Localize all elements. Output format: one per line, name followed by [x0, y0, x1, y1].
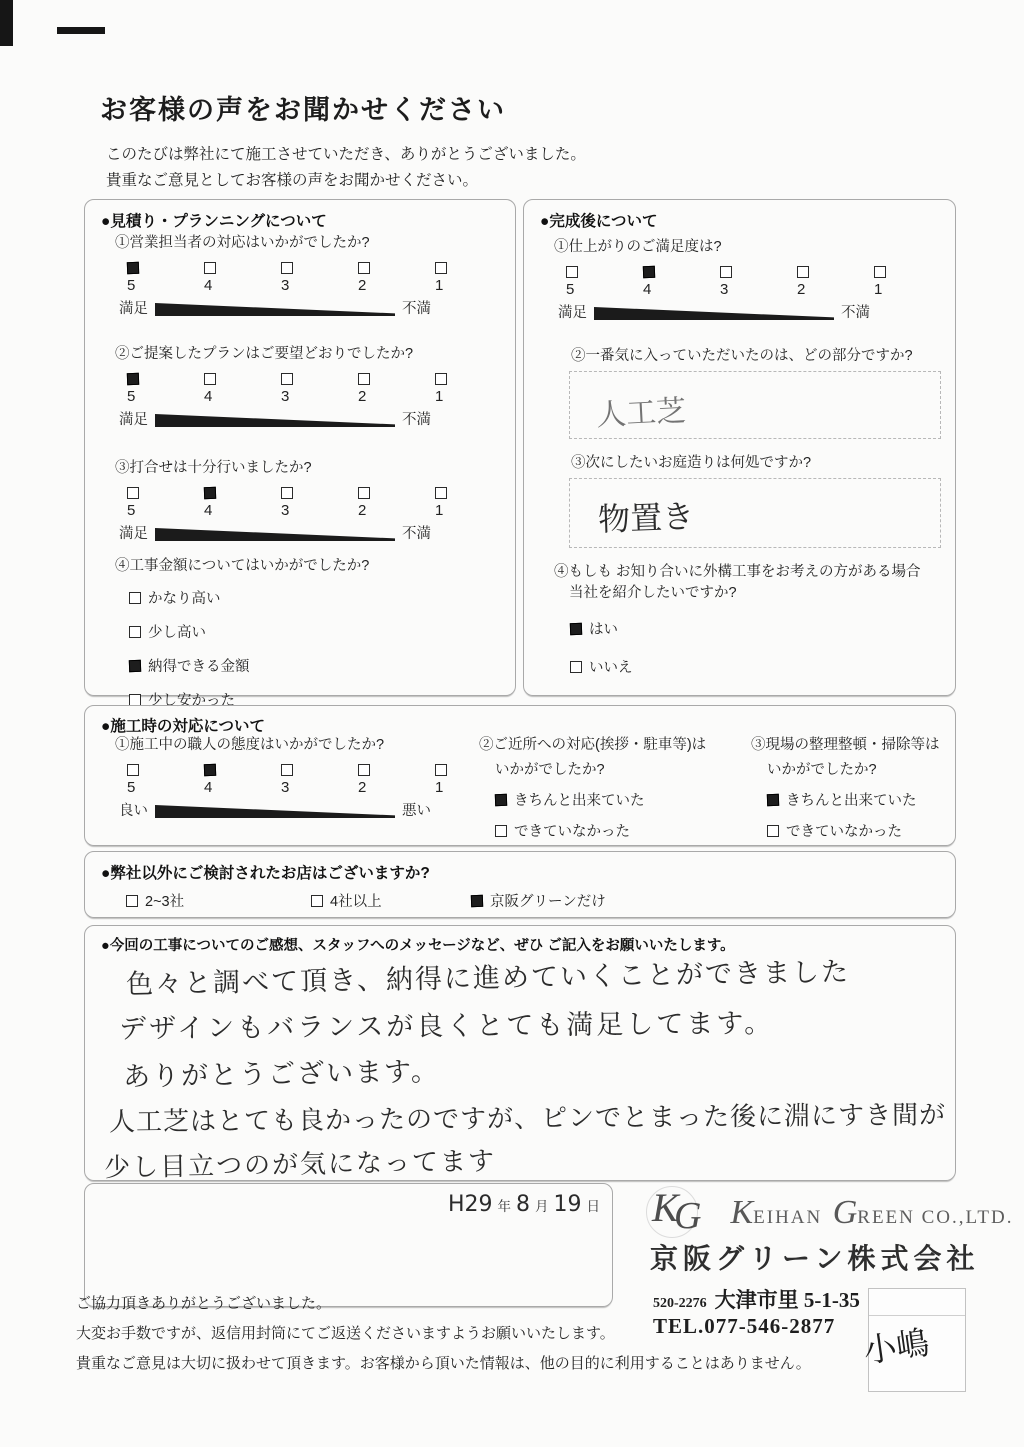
handwritten-comment-line: 人工芝はとても良かったのですが、ピンでとまった後に淵にすき間が — [109, 1094, 946, 1138]
checkbox-1[interactable] — [435, 487, 447, 499]
handwritten-answer: 物置き — [597, 491, 695, 540]
date-section: H29 年 8 月 19 日 — [84, 1183, 613, 1307]
scale-right-label: 悪い — [402, 799, 431, 820]
option-label: きちんと出来ていた — [786, 789, 917, 810]
checkbox[interactable] — [126, 895, 138, 907]
question-text: いかがでしたか? — [495, 760, 706, 781]
checkbox-3[interactable] — [281, 487, 293, 499]
scale-number: 5 — [127, 277, 135, 294]
scale-number: 1 — [435, 779, 443, 796]
checkbox-2[interactable] — [358, 487, 370, 499]
postal-code: 520-2276 — [653, 1296, 707, 1311]
checkbox-4[interactable] — [204, 373, 216, 385]
question-next-garden: ③次にしたいお庭造りは何処ですか? 物置き — [569, 453, 941, 548]
option-label: 2~3社 — [145, 890, 184, 911]
checkbox[interactable] — [129, 694, 141, 706]
logo-wordmark: KEIHAN GREEN CO.,LTD. — [730, 1194, 1013, 1232]
rating-sales-response: ①営業担当者の対応はいかがでしたか? 5 4 3 2 1 満足 不満 — [115, 233, 512, 318]
question-text: ①営業担当者の対応はいかがでしたか? — [115, 233, 512, 254]
option-kanari-takai[interactable]: かなり高い — [129, 587, 369, 608]
scale-number: 2 — [797, 281, 805, 298]
comments-header: ●今回の工事についてのご感想、スタッフへのメッセージなど、ぜひ ご記入をお願いい… — [101, 934, 735, 955]
checkbox-1[interactable] — [435, 373, 447, 385]
rating-cell-3: 3 — [281, 262, 358, 294]
checkbox-3[interactable] — [281, 262, 293, 274]
question-neighbors: ②ご近所への対応(挨拶・駐車等)は いかがでしたか? きちんと出来ていた できて… — [479, 735, 706, 841]
scale-number: 4 — [204, 277, 212, 294]
monogram-g: G — [674, 1194, 701, 1238]
checkbox-3[interactable] — [281, 764, 293, 776]
scale-number: 1 — [874, 281, 882, 298]
scale-number: 3 — [281, 779, 289, 796]
date-row: H29 年 8 月 19 日 — [448, 1192, 600, 1217]
scanned-survey-page: お客様の声をお聞かせください このたびは弊社にて施工させていただき、ありがとうご… — [0, 0, 1024, 1447]
footer-line1: ご協力頂きありがとうございました。 — [76, 1292, 331, 1313]
checkbox-5[interactable] — [127, 487, 139, 499]
checkbox-5[interactable] — [127, 373, 139, 385]
scale-left-label: 良い — [119, 799, 148, 820]
checkbox-2[interactable] — [358, 262, 370, 274]
scale-number: 4 — [204, 388, 212, 405]
rating-cell-4: 4 — [643, 266, 720, 298]
question-text: ④もしも お知り合いに外構工事をお考えの方がある場合 — [554, 562, 921, 583]
option-label: 京阪グリーンだけ — [490, 890, 606, 911]
year-label: 年 — [498, 1195, 512, 1215]
option-hai[interactable]: はい — [570, 618, 921, 639]
rating-cell-1: 1 — [435, 262, 512, 294]
rating-cell-2: 2 — [358, 487, 435, 519]
handwritten-day: 19 — [554, 1192, 582, 1217]
logo-initial-k: K — [730, 1194, 753, 1231]
rating-workers-attitude: ①施工中の職人の態度はいかがでしたか? 5 4 3 2 1 良い 悪い — [115, 735, 512, 820]
footer-line2: 大変お手数ですが、返信用封筒にてご返送くださいますようお願いいたします。 — [76, 1322, 615, 1343]
scale-number: 1 — [435, 388, 443, 405]
completion-header: ●完成後について — [540, 209, 658, 231]
scale-number: 3 — [281, 277, 289, 294]
rating-cell-3: 3 — [720, 266, 797, 298]
checkbox-2[interactable] — [797, 266, 809, 278]
scale-left-label: 満足 — [119, 522, 148, 543]
checkbox-4[interactable] — [204, 764, 216, 776]
scale-number: 4 — [204, 502, 212, 519]
checkbox[interactable] — [570, 622, 582, 634]
handwritten-stamp-name: 小嶋 — [860, 1317, 932, 1373]
question-text: 当社を紹介したいですか? — [569, 583, 921, 604]
satisfaction-wedge — [155, 805, 395, 818]
checkbox-1[interactable] — [435, 262, 447, 274]
option-dekitenakatta[interactable]: できていなかった — [767, 820, 940, 841]
comments-section: ●今回の工事についてのご感想、スタッフへのメッセージなど、ぜひ ご記入をお願いい… — [84, 925, 956, 1181]
checkbox[interactable] — [471, 894, 483, 906]
question-text: ②一番気に入っていただいたのは、どの部分ですか? — [571, 346, 941, 367]
checkbox-4[interactable] — [643, 266, 655, 278]
scale-number: 5 — [127, 388, 135, 405]
company-address: 520-2276 大津市里 5-1-35 — [653, 1284, 860, 1314]
company-logo: K G KEIHAN GREEN CO.,LTD. — [650, 1186, 1013, 1238]
handwritten-comment-line: 少し目立つのが気になってます — [104, 1141, 497, 1185]
checkbox-2[interactable] — [358, 373, 370, 385]
option-nattoku-kingaku[interactable]: 納得できる金額 — [129, 655, 369, 676]
stamp-box: 小嶋 — [868, 1288, 966, 1392]
scan-artifact — [0, 0, 13, 46]
scale-right-label: 不満 — [402, 522, 431, 543]
rating-cell-5: 5 — [127, 373, 204, 405]
question-favorite-part: ②一番気に入っていただいたのは、どの部分ですか? 人工芝 — [569, 346, 941, 439]
option-keihan-green-dake[interactable]: 京阪グリーンだけ — [471, 890, 606, 911]
company-tel: TEL.077-546-2877 — [653, 1314, 835, 1339]
option-label: きちんと出来ていた — [514, 789, 645, 810]
month-label: 月 — [535, 1195, 549, 1215]
option-label: 4社以上 — [330, 890, 382, 911]
question-price: ④工事金額についてはいかがでしたか? かなり高い 少し高い 納得できる金額 少し… — [115, 556, 369, 710]
satisfaction-wedge — [594, 307, 834, 320]
other-shops-header: ●弊社以外にご検討されたお店はございますか? — [101, 861, 430, 883]
handwritten-answer: 人工芝 — [595, 386, 687, 435]
day-label: 日 — [587, 1195, 601, 1215]
scale-left-label: 満足 — [119, 408, 148, 429]
checkbox[interactable] — [570, 661, 582, 673]
construction-section: ●施工時の対応について ①施工中の職人の態度はいかがでしたか? 5 4 3 2 … — [84, 705, 956, 846]
rating-plan-matched: ②ご提案したプランはご要望どおりでしたか? 5 4 3 2 1 満足 不満 — [115, 344, 512, 429]
checkbox-5[interactable] — [127, 262, 139, 274]
option-label: かなり高い — [148, 587, 221, 608]
option-2-3-sha[interactable]: 2~3社 — [126, 890, 184, 911]
scale-number: 3 — [281, 502, 289, 519]
rating-meetings-enough: ③打合せは十分行いましたか? 5 4 3 2 1 満足 不満 — [115, 458, 512, 543]
checkbox[interactable] — [129, 626, 141, 638]
logo-text: EIHAN — [753, 1207, 822, 1228]
rating-finish-satisfaction: ①仕上がりのご満足度は? 5 4 3 2 1 満足 不満 — [554, 237, 951, 322]
planning-header: ●見積り・プランニングについて — [101, 209, 327, 231]
question-site-cleanup: ③現場の整理整頓・掃除等は いかがでしたか? きちんと出来ていた できていなかっ… — [751, 735, 940, 841]
rating-cell-5: 5 — [127, 764, 204, 796]
checkbox-5[interactable] — [566, 266, 578, 278]
option-kichinto[interactable]: きちんと出来ていた — [495, 789, 706, 810]
question-text: ④工事金額についてはいかがでしたか? — [115, 556, 369, 577]
option-label: 少し高い — [148, 621, 206, 642]
rating-cell-2: 2 — [358, 262, 435, 294]
company-name: 京阪グリーン株式会社 — [650, 1237, 979, 1277]
rating-cell-3: 3 — [281, 764, 358, 796]
handwritten-comment-line: 色々と調べて頂き、納得に進めていくことができました — [126, 950, 850, 1002]
checkbox[interactable] — [767, 825, 779, 837]
scale-number: 1 — [435, 502, 443, 519]
option-4-sha-ijo[interactable]: 4社以上 — [311, 890, 382, 911]
checkbox-4[interactable] — [204, 487, 216, 499]
checkbox[interactable] — [495, 793, 507, 805]
question-text: ②ご近所への対応(挨拶・駐車等)は — [479, 735, 706, 756]
question-referral: ④もしも お知り合いに外構工事をお考えの方がある場合 当社を紹介したいですか? … — [554, 562, 921, 677]
scale-number: 4 — [643, 281, 651, 298]
option-label: できていなかった — [514, 820, 630, 841]
checkbox-3[interactable] — [281, 373, 293, 385]
option-dekitenakatta[interactable]: できていなかった — [495, 820, 706, 841]
rating-cell-1: 1 — [435, 373, 512, 405]
rating-cell-1: 1 — [874, 266, 951, 298]
satisfaction-wedge — [155, 528, 395, 541]
question-text: ①仕上がりのご満足度は? — [554, 237, 951, 258]
scale-right-label: 不満 — [402, 297, 431, 318]
question-text: ③次にしたいお庭造りは何処ですか? — [571, 453, 941, 474]
handwritten-comment-line: デザインもバランスが良くとても満足してます。 — [119, 1001, 774, 1046]
scale-left-label: 満足 — [558, 301, 587, 322]
checkbox-1[interactable] — [435, 764, 447, 776]
logo-text: REEN CO.,LTD. — [857, 1207, 1013, 1228]
option-kichinto[interactable]: きちんと出来ていた — [767, 789, 940, 810]
scale-right-label: 不満 — [841, 301, 870, 322]
logo-initial-g: G — [833, 1194, 858, 1231]
scale-number: 2 — [358, 388, 366, 405]
checkbox[interactable] — [767, 793, 779, 805]
rating-cell-4: 4 — [204, 487, 281, 519]
intro-text: このたびは弊社にて施工させていただき、ありがとうございました。 貴重なご意見とし… — [106, 142, 586, 194]
scale-number: 2 — [358, 502, 366, 519]
option-label: できていなかった — [786, 820, 902, 841]
question-text: ③打合せは十分行いましたか? — [115, 458, 512, 479]
rating-cell-5: 5 — [127, 262, 204, 294]
address-text: 大津市里 5-1-35 — [715, 1288, 860, 1312]
rating-cell-1: 1 — [435, 487, 512, 519]
option-label: 納得できる金額 — [148, 655, 250, 676]
checkbox[interactable] — [495, 825, 507, 837]
checkbox-3[interactable] — [720, 266, 732, 278]
satisfaction-wedge — [155, 303, 395, 316]
scale-number: 2 — [358, 779, 366, 796]
checkbox-2[interactable] — [358, 764, 370, 776]
intro-line2: 貴重なご意見としてお客様の声をお聞かせください。 — [106, 168, 586, 194]
checkbox-4[interactable] — [204, 262, 216, 274]
satisfaction-wedge — [155, 414, 395, 427]
handwritten-comment-line: ありがとうございます。 — [123, 1049, 440, 1094]
question-text: ②ご提案したプランはご要望どおりでしたか? — [115, 344, 512, 365]
scale-number: 5 — [127, 779, 135, 796]
kg-monogram-icon: K G — [650, 1186, 712, 1238]
option-label: はい — [589, 618, 618, 639]
scale-number: 5 — [127, 502, 135, 519]
scale-right-label: 不満 — [402, 408, 431, 429]
question-text: ③現場の整理整頓・掃除等は — [751, 735, 940, 756]
planning-section: ●見積り・プランニングについて ①営業担当者の対応はいかがでしたか? 5 4 3… — [84, 199, 516, 696]
scan-artifact — [57, 27, 105, 34]
intro-line1: このたびは弊社にて施工させていただき、ありがとうございました。 — [106, 142, 586, 168]
rating-cell-2: 2 — [797, 266, 874, 298]
page-title: お客様の声をお聞かせください — [100, 88, 506, 127]
handwritten-month: 8 — [516, 1192, 530, 1217]
checkbox-5[interactable] — [127, 764, 139, 776]
scale-number: 1 — [435, 277, 443, 294]
scale-number: 2 — [358, 277, 366, 294]
scale-number: 5 — [566, 281, 574, 298]
answer-box[interactable]: 物置き — [569, 478, 941, 548]
option-label: いいえ — [589, 656, 633, 677]
option-sukoshi-takai[interactable]: 少し高い — [129, 621, 369, 642]
rating-cell-2: 2 — [358, 764, 435, 796]
completion-section: ●完成後について ①仕上がりのご満足度は? 5 4 3 2 1 満足 不満 ②一… — [523, 199, 956, 696]
checkbox[interactable] — [129, 659, 141, 671]
other-shops-section: ●弊社以外にご検討されたお店はございますか? 2~3社 4社以上 京阪グリーンだ… — [84, 851, 956, 918]
handwritten-era-year: H29 — [448, 1192, 493, 1217]
rating-cell-5: 5 — [127, 487, 204, 519]
rating-cell-3: 3 — [281, 487, 358, 519]
answer-box[interactable]: 人工芝 — [569, 371, 941, 439]
question-text: ①施工中の職人の態度はいかがでしたか? — [115, 735, 512, 756]
scale-number: 4 — [204, 779, 212, 796]
checkbox-1[interactable] — [874, 266, 886, 278]
rating-cell-4: 4 — [204, 373, 281, 405]
option-iie[interactable]: いいえ — [570, 656, 921, 677]
question-text: いかがでしたか? — [767, 760, 940, 781]
rating-cell-5: 5 — [566, 266, 643, 298]
rating-cell-3: 3 — [281, 373, 358, 405]
construction-header: ●施工時の対応について — [101, 714, 265, 736]
stamp-box-divider — [869, 1315, 965, 1316]
rating-cell-4: 4 — [204, 262, 281, 294]
checkbox[interactable] — [311, 895, 323, 907]
scale-left-label: 満足 — [119, 297, 148, 318]
checkbox[interactable] — [129, 592, 141, 604]
rating-cell-2: 2 — [358, 373, 435, 405]
rating-cell-4: 4 — [204, 764, 281, 796]
scale-number: 3 — [720, 281, 728, 298]
scale-number: 3 — [281, 388, 289, 405]
footer-line3: 貴重なご意見は大切に扱わせて頂きます。お客様から頂いた情報は、他の目的に利用する… — [76, 1352, 811, 1373]
